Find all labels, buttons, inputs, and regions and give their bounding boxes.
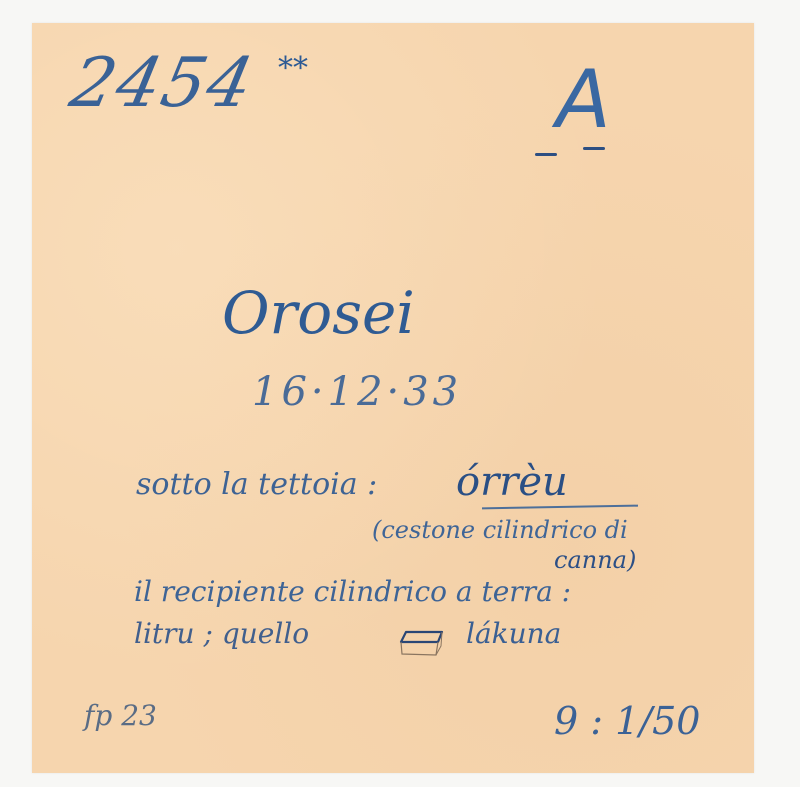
dialect-term-orreu: órrèu bbox=[456, 462, 568, 502]
note-line-5-text: litru ; quello bbox=[134, 620, 309, 648]
star-marks: ** bbox=[278, 54, 308, 84]
section-letter: A bbox=[556, 60, 611, 140]
note-line-4: il recipiente cilindrico a terra : bbox=[134, 578, 571, 606]
archive-number: 2454 bbox=[65, 50, 261, 118]
reference-right: 9 : 1/50 bbox=[554, 702, 700, 740]
note-line-3: canna) bbox=[554, 548, 636, 572]
section-underline-left bbox=[535, 153, 557, 156]
scan-background: 2454 ** A Orosei 16·12·33 sotto la tetto… bbox=[0, 0, 800, 787]
dialect-term-lakuna: lákuna bbox=[466, 620, 561, 648]
note-line-1-text: sotto la tettoia : bbox=[136, 470, 377, 500]
date: 16·12·33 bbox=[252, 372, 462, 412]
box-sketch-icon bbox=[398, 628, 444, 658]
note-line-2: (cestone cilindrico di bbox=[372, 518, 628, 542]
reference-left: fp 23 bbox=[84, 702, 157, 730]
section-underline-right bbox=[583, 147, 605, 150]
place-name: Orosei bbox=[222, 284, 415, 342]
